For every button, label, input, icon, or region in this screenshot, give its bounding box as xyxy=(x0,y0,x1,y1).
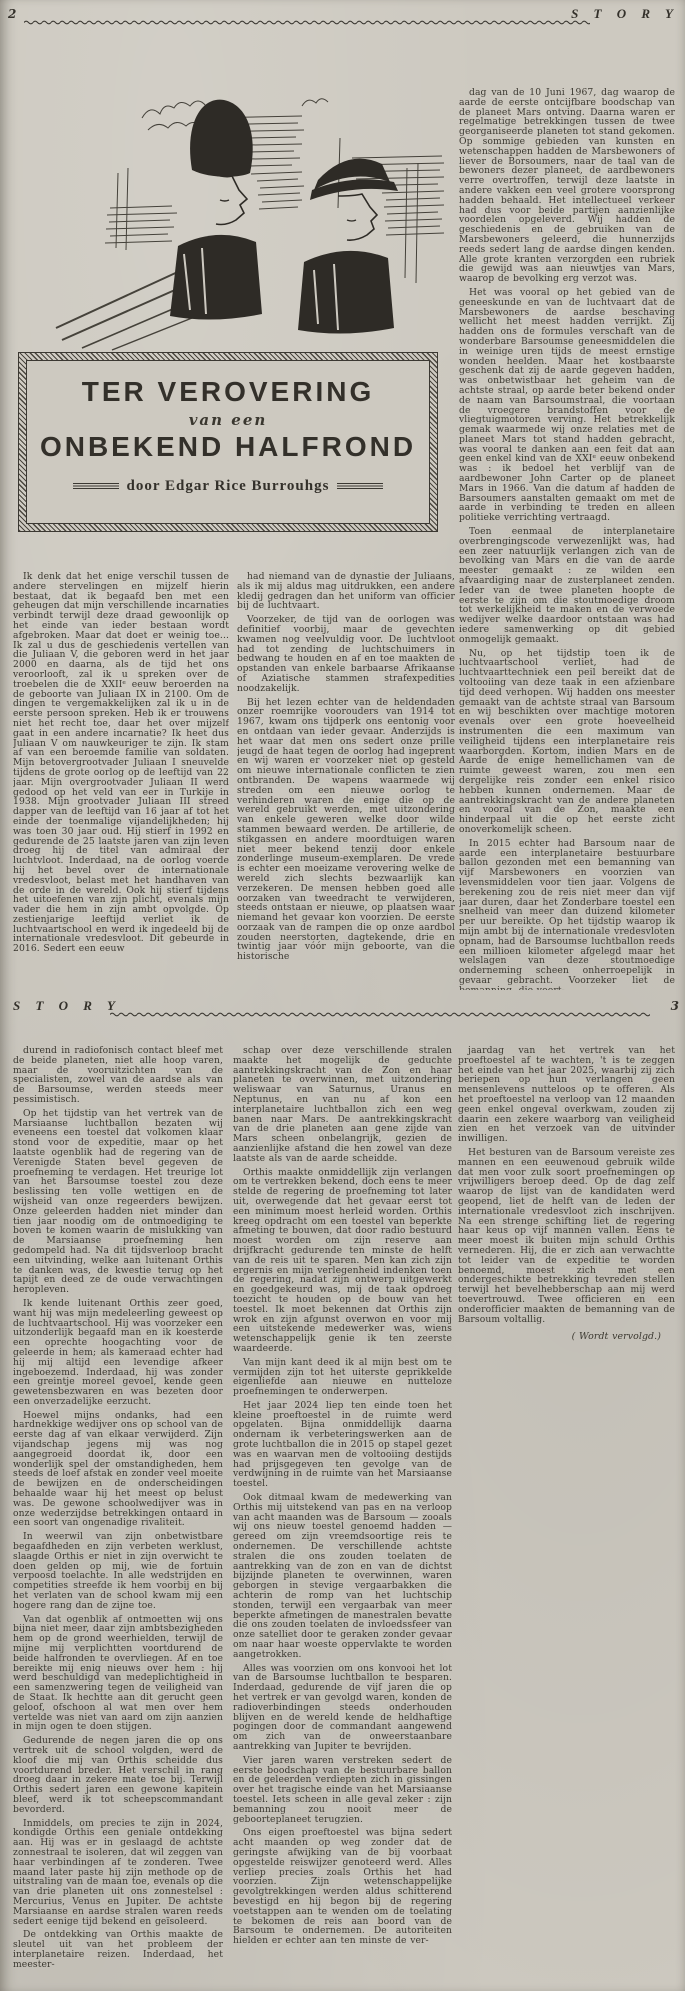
magazine-page: 2 S T O R Y xyxy=(0,0,685,1991)
paragraph: Ik kende luitenant Orthis zeer goed, wan… xyxy=(13,1299,223,1407)
paragraph: Van dat ogenblik af ontmoetten wij ons b… xyxy=(13,1615,223,1733)
paragraph: Orthis maakte onmiddellijk zijn verlange… xyxy=(233,1168,452,1354)
wavy-rule-top xyxy=(24,11,590,18)
paragraph: In weerwil van zijn onbetwistbare begaaf… xyxy=(13,1532,223,1610)
paragraph: jaardag van het vertrek van het proeftoe… xyxy=(458,1046,675,1144)
paragraph: Voorzeker, de tijd van de oorlogen was d… xyxy=(237,615,455,693)
paragraph: Het was vooral op het gebied van de gene… xyxy=(459,288,675,523)
magazine-title-top: S T O R Y xyxy=(571,6,679,22)
story-title-line2: van een xyxy=(27,411,429,429)
paragraph: Ook ditmaal kwam de medewerking van Orth… xyxy=(233,1493,452,1660)
paragraph: schap over deze verschillende stralen ma… xyxy=(233,1046,452,1164)
paragraph: Ik denk dat het enige verschil tussen de… xyxy=(13,572,229,954)
page3-column-3-text: jaardag van het vertrek van het proeftoe… xyxy=(458,1046,675,1324)
page2-column-2: had niemand van de dynastie der Juliaans… xyxy=(237,572,455,992)
byline-ornament-left xyxy=(73,483,119,490)
story-title-box: TER VEROVERING van een ONBEKEND HALFROND… xyxy=(18,352,438,532)
page-number-left: 2 xyxy=(8,7,16,21)
paragraph: Het besturen van de Barsoum vereiste zes… xyxy=(458,1148,675,1324)
page2-column-1: Ik denk dat het enige verschil tussen de… xyxy=(13,572,229,992)
airmen-illustration xyxy=(52,78,450,352)
paragraph: Ons eigen proeftoestel was bijna sedert … xyxy=(233,1828,452,1946)
paragraph: In 2015 echter had Barsoum naar de aarde… xyxy=(459,839,675,990)
paragraph: had niemand van de dynastie der Juliaans… xyxy=(237,572,455,611)
paragraph: Alles was voorzien om ons konvooi het lo… xyxy=(233,1664,452,1752)
paragraph: Bij het lezen echter van de heldendaden … xyxy=(237,698,455,963)
to-be-continued-note: ( Wordt vervolgd.) xyxy=(458,1332,675,1342)
right-airman xyxy=(298,159,398,334)
paragraph: Nu, op het tijdstip toen ik de luchtvaar… xyxy=(459,649,675,835)
page3-column-2: schap over deze verschillende stralen ma… xyxy=(233,1046,452,1990)
page3-column-1: durend in radiofonisch contact bleef met… xyxy=(13,1046,223,1990)
paragraph: Het jaar 2024 liep ten einde toen het kl… xyxy=(233,1401,452,1489)
paragraph: dag van de 10 Juni 1967, dag waarop de a… xyxy=(459,88,675,284)
magazine-title-bottom: S T O R Y xyxy=(13,998,121,1014)
byline-row: door Edgar Rice Burrouhgs xyxy=(27,478,429,495)
story-title-line3: ONBEKEND HALFROND xyxy=(27,432,429,462)
paragraph: Gedurende de negen jaren die op ons vert… xyxy=(13,1736,223,1814)
paragraph: Van mijn kant deed ik al mijn best om te… xyxy=(233,1358,452,1397)
left-airman xyxy=(170,100,262,320)
wavy-rule-bottom xyxy=(110,1003,650,1010)
page-number-right: 3 xyxy=(671,999,679,1013)
page2-column-3: dag van de 10 Juni 1967, dag waarop de a… xyxy=(459,88,675,990)
byline-ornament-right xyxy=(337,483,383,490)
story-title-line1: TER VEROVERING xyxy=(27,377,429,407)
paragraph: Vier jaren waren verstreken sedert de ee… xyxy=(233,1756,452,1825)
page3-column-3: jaardag van het vertrek van het proeftoe… xyxy=(458,1046,675,1990)
paragraph: Inmiddels, om precies te zijn in 2024, k… xyxy=(13,1819,223,1927)
paragraph: Toen eenmaal de interplanetaire overbren… xyxy=(459,527,675,645)
paragraph: Op het tijdstip van het vertrek van de M… xyxy=(13,1109,223,1295)
paragraph: durend in radiofonisch contact bleef met… xyxy=(13,1046,223,1105)
paragraph: De ontdekking van Orthis maakte de sleut… xyxy=(13,1930,223,1969)
author-byline: door Edgar Rice Burrouhgs xyxy=(127,478,330,495)
paragraph: Hoewel mijns ondanks, had een hardnekkig… xyxy=(13,1411,223,1529)
